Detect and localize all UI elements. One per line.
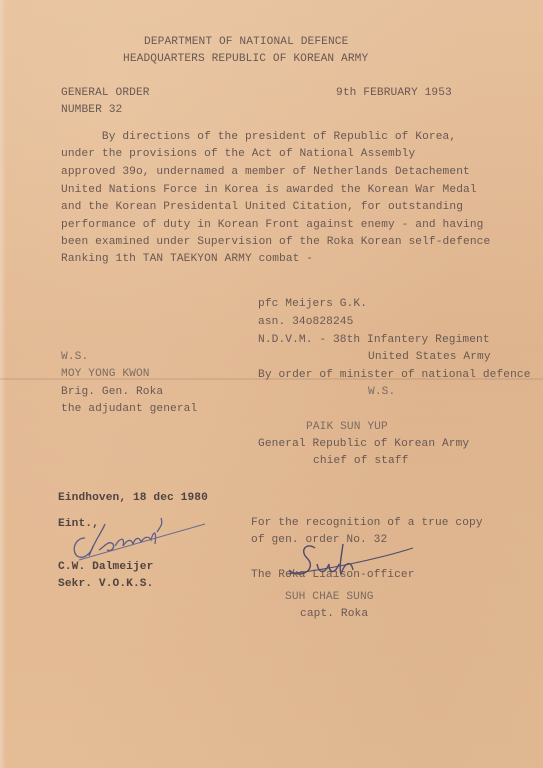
right-ws: W.S. (368, 386, 395, 399)
order-date: 9th FEBRUARY 1953 (336, 87, 452, 100)
body-line: performance of duty in Korean Front agai… (61, 219, 483, 232)
header-headquarters: HEADQUARTERS REPUBLIC OF KOREAN ARMY (123, 53, 368, 66)
right-signatory-rank: General Republic of Korean Army (258, 438, 469, 451)
certification-name: SUH CHAE SUNG (285, 591, 374, 604)
left-signatory-title: the adjudant general (61, 403, 197, 416)
body-line: United Nations Force in Korea is awarded… (61, 184, 477, 197)
paper-edge (0, 0, 6, 768)
order-number: NUMBER 32 (61, 104, 122, 117)
order-of-minister: By order of minister of national defence (258, 369, 531, 382)
copy-signer-title: Sekr. V.O.K.S. (58, 578, 153, 591)
certification-rank: capt. Roka (300, 608, 368, 621)
general-order-label: GENERAL ORDER (61, 87, 150, 100)
body-line: under the provisions of the Act of Natio… (61, 148, 415, 161)
header-department: DEPARTMENT OF NATIONAL DEFENCE (144, 36, 348, 49)
left-ws: W.S. (61, 351, 88, 364)
body-line: By directions of the president of Republ… (61, 131, 456, 144)
body-line: approved 39o, undernamed a member of Net… (61, 166, 470, 179)
body-line: been examined under Supervision of the R… (61, 236, 490, 249)
left-signatory-rank: Brig. Gen. Roka (61, 386, 163, 399)
copy-place-date: Eindhoven, 18 dec 1980 (58, 492, 208, 505)
left-signatory-name: MOY YONG KWON (61, 368, 150, 381)
body-line: Ranking 1th TAN TAEKYON ARMY combat - (61, 253, 313, 266)
right-signatory-name: PAIK SUN YUP (306, 421, 388, 434)
recipient-army: United States Army (368, 351, 491, 364)
body-line: and the Korean Presidental United Citati… (61, 201, 463, 214)
dalmeijer-signature (65, 510, 215, 565)
recipient-asn: asn. 34o828245 (258, 316, 353, 329)
recipient-unit: N.D.V.M. - 38th Infantery Regiment (258, 334, 490, 347)
suh-signature (285, 540, 420, 585)
right-signatory-title: chief of staff (313, 455, 408, 468)
certification-line1: For the recognition of a true copy (251, 517, 483, 530)
recipient-name: pfc Meijers G.K. (258, 298, 367, 311)
